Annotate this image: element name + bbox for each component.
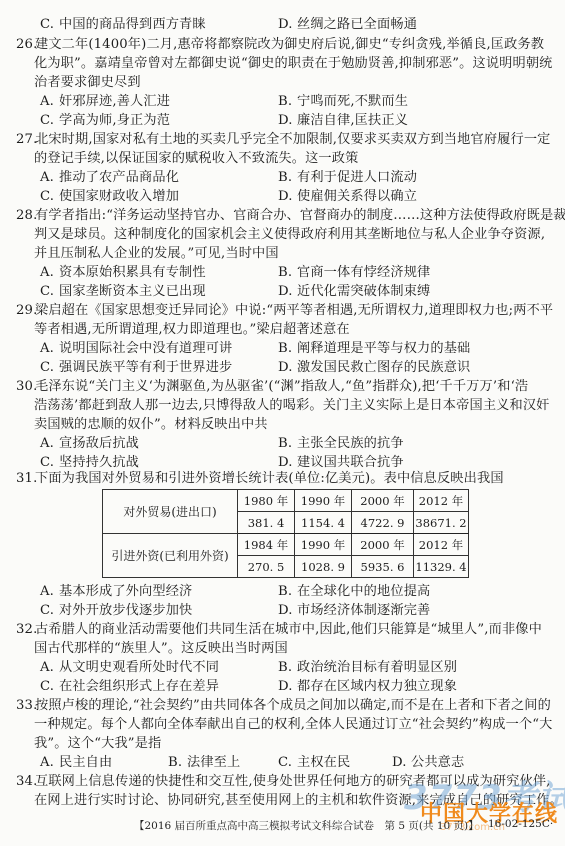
question-number: 27.	[16, 131, 35, 149]
option-text: 政治统治目标有着明显区别	[297, 660, 457, 675]
q29-option-d: D.激发国民救亡图存的民族意识	[278, 359, 470, 377]
table-cell-year: 2012 年	[414, 534, 469, 556]
option-text: 使国家财政收入增加	[59, 189, 179, 204]
q33-option-a: A.民主自由	[40, 754, 112, 772]
option-text: 奸邪屏迹,善人汇进	[59, 94, 170, 109]
table-cell-year: 2012 年	[414, 490, 469, 512]
q32-stem-line-1: 32.古希腊人的商业活动需要他们共同生活在城市中,因此,他们只能算是“城里人”,…	[16, 621, 542, 639]
option-text: 在全球化中的地位提高	[297, 584, 430, 599]
question-number: 33.	[16, 697, 35, 715]
row-header-investment: 引进外资(已利用外资)	[103, 534, 238, 578]
q27-option-a: A.推动了农产品商品化	[40, 169, 179, 187]
option-text: 民主自由	[59, 755, 112, 770]
option-text: 法律至上	[187, 755, 240, 770]
option-label: B.	[278, 264, 297, 282]
q31-option-c: C.对外开放步伐逐步加快	[40, 602, 192, 620]
option-text: 在社会组织形式上存在差异	[59, 679, 219, 694]
q33-stem-line-2: 一种规定。每个人都向全体奉献出自己的权利,全体人民通过订立“社会契约”构成一个“…	[34, 716, 553, 734]
option-text: 使雇佣关系得以确立	[297, 189, 417, 204]
table-cell-value: 38671. 2	[414, 512, 469, 534]
question-number: 29.	[16, 302, 35, 320]
option-text: 国家垄断资本主义已出现	[59, 284, 206, 299]
option-label: D.	[278, 359, 297, 377]
question-number: 31.	[16, 470, 35, 488]
option-text: 宁鸣而死,不默而生	[297, 94, 408, 109]
q28-stem-line-1: 28.有学者指出:“洋务运动坚持官办、官商合办、官督商办的制度……这种方法使得政…	[16, 207, 565, 225]
q33-option-b: B.法律至上	[168, 754, 240, 772]
option-text: 公共意志	[411, 755, 464, 770]
q29-stem-line-1: 29.梁启超在《国家思想变迁异同论》中说:“两平等者相遇,无所谓权力,道理即权力…	[16, 302, 553, 320]
option-label: C.	[40, 16, 59, 34]
question-number: 30.	[16, 378, 35, 396]
trade-investment-table: 对外贸易(进出口) 1980 年 1990 年 2000 年 2012 年 38…	[102, 489, 469, 578]
option-label: A.	[40, 169, 59, 187]
q27-option-c: C.使国家财政收入增加	[40, 188, 179, 206]
option-label: B.	[278, 340, 297, 358]
q31-option-a: A.基本形成了外向型经济	[40, 583, 192, 601]
q30-stem-line-1: 30.毛泽东说“关门主义‘为渊驱鱼,为丛驱雀’(“渊”指敌人,“鱼”指群众),把…	[16, 378, 528, 396]
option-text: 强调民族平等有利于世界进步	[59, 360, 232, 375]
q27-option-b: B.有利于促进人口流动	[278, 169, 417, 187]
option-label: C.	[278, 754, 297, 772]
q28-option-c: C.国家垄断资本主义已出现	[40, 283, 206, 301]
option-text: 主张全民族的抗争	[297, 436, 404, 451]
stem-text: 梁启超在《国家思想变迁异同论》中说:“两平等者相遇,无所谓权力,道理即权力也;两…	[35, 303, 553, 318]
q27-stem-line-2: 的登记手续,以保证国家的赋税收入不致流失。这一政策	[34, 150, 358, 168]
option-label: D.	[278, 188, 297, 206]
option-label: C.	[40, 188, 59, 206]
option-text: 基本形成了外向型经济	[59, 584, 192, 599]
q25-option-c: C.中国的商品得到西方青睐	[40, 16, 206, 34]
question-number: 34.	[16, 773, 35, 791]
q26-option-d: D.廉洁自律,匡扶正义	[278, 112, 408, 130]
option-text: 市场经济体制逐渐完善	[297, 603, 430, 618]
option-label: A.	[40, 340, 59, 358]
option-label: C.	[40, 112, 59, 130]
q26-option-a: A.奸邪屏迹,善人汇进	[40, 93, 170, 111]
q31-option-d: D.市场经济体制逐渐完善	[278, 602, 430, 620]
q27-stem-line-1: 27.北宋时期,国家对私有土地的买卖几乎完全不加限制,仅要求买卖双方到当地官府履…	[16, 131, 551, 149]
stem-text: 古希腊人的商业活动需要他们共同生活在城市中,因此,他们只能算是“城里人”,而非像…	[35, 622, 542, 637]
stem-text: 北宋时期,国家对私有土地的买卖几乎完全不加限制,仅要求买卖双方到当地官府履行一定	[35, 132, 551, 147]
page-footer: 【2016 届百所重点高中高三模拟考试文科综合试卷 第 5 页(共 10 页)】	[134, 818, 479, 833]
option-label: B.	[278, 659, 297, 677]
table-row: 对外贸易(进出口) 1980 年 1990 年 2000 年 2012 年	[103, 490, 469, 512]
q32-option-d: D.都存在区域内权力独立现象	[278, 678, 457, 696]
option-text: 近代化需突破体制束缚	[297, 284, 430, 299]
option-text: 建议国共联合抗争	[297, 455, 404, 470]
table-cell-year: 1990 年	[295, 534, 352, 556]
option-label: B.	[278, 583, 297, 601]
row-header-trade: 对外贸易(进出口)	[103, 490, 238, 534]
option-label: A.	[40, 659, 59, 677]
q26-stem-line-1: 26.建文二年(1400年)二月,惠帝将都察院改为御史府后说,御史“专纠贪残,举…	[16, 36, 544, 54]
table-cell-value: 270. 5	[238, 556, 295, 578]
q32-stem-line-2: 国古代那样的“族里人”。这反映出当时两国	[34, 640, 288, 658]
q28-option-b: B.官商一体有悖经济规律	[278, 264, 430, 282]
table-row: 引进外资(已利用外资) 1984 年 1990 年 2000 年 2012 年	[103, 534, 469, 556]
option-label: D.	[278, 602, 297, 620]
q28-option-a: A.资本原始积累具有专制性	[40, 264, 206, 282]
option-text: 推动了农产品商品化	[59, 170, 179, 185]
stem-text: 建文二年(1400年)二月,惠帝将都察院改为御史府后说,御史“专纠贪残,举循良,…	[35, 37, 544, 52]
exam-code: 16-02-125C·	[488, 818, 553, 830]
question-number: 26.	[16, 36, 35, 54]
option-label: A.	[40, 754, 59, 772]
option-text: 主权在民	[297, 755, 350, 770]
option-text: 坚持持久抗战	[59, 455, 139, 470]
option-text: 官商一体有悖经济规律	[297, 265, 430, 280]
option-label: C.	[40, 602, 59, 620]
option-label: D.	[278, 283, 297, 301]
q31-stem-line-1: 31.下面为我国对外贸易和引进外资增长统计表(单位:亿美元)。表中信息反映出我国	[16, 470, 504, 488]
stem-text: 下面为我国对外贸易和引进外资增长统计表(单位:亿美元)。表中信息反映出我国	[35, 471, 504, 486]
q26-stem-line-3: 治者要求御史尽到	[34, 74, 141, 92]
option-label: A.	[40, 264, 59, 282]
table-cell-value: 1154. 4	[295, 512, 352, 534]
option-label: A.	[40, 583, 59, 601]
question-number: 28.	[16, 207, 35, 225]
table-cell-value: 5935. 6	[352, 556, 414, 578]
option-text: 资本原始积累具有专制性	[59, 265, 206, 280]
question-number: 32.	[16, 621, 35, 639]
option-label: A.	[40, 93, 59, 111]
table-cell-value: 381. 4	[238, 512, 295, 534]
stem-text: 按照卢梭的理论,“社会契约”由共同体各个成员之间加以确定,而不是在上者和下者之间…	[35, 698, 551, 713]
option-label: D.	[278, 16, 297, 34]
table-cell-year: 2000 年	[352, 534, 414, 556]
q28-stem-line-3: 并且压制私人企业的发展。”可见,当时中国	[34, 245, 279, 263]
q26-option-b: B.宁鸣而死,不默而生	[278, 93, 408, 111]
option-text: 阐释道理是平等与权力的基础	[297, 341, 470, 356]
stem-text: 毛泽东说“关门主义‘为渊驱鱼,为丛驱雀’(“渊”指敌人,“鱼”指群众),把‘千千…	[35, 379, 528, 394]
q28-stem-line-2: 判又是球员。这种制度化的国家机会主义使得政府利用其垄断地位与私人企业争夺资源,	[34, 226, 545, 244]
q29-option-a: A.说明国际社会中没有道理可讲	[40, 340, 232, 358]
option-label: C.	[40, 359, 59, 377]
exam-page: C.中国的商品得到西方青睐 D.丝绸之路已全面畅通 26.建文二年(1400年)…	[0, 0, 565, 846]
option-text: 学高为师,身正为范	[59, 113, 170, 128]
option-label: B.	[168, 754, 187, 772]
option-label: A.	[40, 435, 59, 453]
table-cell-year: 1980 年	[238, 490, 295, 512]
table-cell-value: 4722. 9	[352, 512, 414, 534]
option-label: D.	[278, 678, 297, 696]
q30-stem-line-3: 卖国贼的忠顺的奴仆”。材料反映出中共	[34, 416, 268, 434]
q30-stem-line-2: 浩荡荡’都赶到敌人那一边去,只博得敌人的喝彩。关门主义实际上是日本帝国主义和汉奸	[34, 397, 550, 415]
option-text: 都存在区域内权力独立现象	[297, 679, 457, 694]
stem-text: 有学者指出:“洋务运动坚持官办、官商合办、官督商办的制度……这种方法使得政府既是…	[35, 208, 565, 223]
option-text: 廉洁自律,匡扶正义	[297, 113, 408, 128]
q32-option-b: B.政治统治目标有着明显区别	[278, 659, 457, 677]
q27-option-d: D.使雇佣关系得以确立	[278, 188, 417, 206]
table-cell-year: 1990 年	[295, 490, 352, 512]
q25-option-d: D.丝绸之路已全面畅通	[278, 16, 417, 34]
option-text: 有利于促进人口流动	[297, 170, 417, 185]
q28-option-d: D.近代化需突破体制束缚	[278, 283, 430, 301]
option-text: 丝绸之路已全面畅通	[297, 17, 417, 32]
option-label: B.	[278, 93, 297, 111]
q33-option-c: C.主权在民	[278, 754, 350, 772]
option-label: D.	[278, 112, 297, 130]
q29-stem-line-2: 等者相遇,无所谓道理,权力即道理也。”梁启超著述意在	[34, 321, 350, 339]
q32-option-a: A.从文明史观看所处时代不同	[40, 659, 219, 677]
q32-option-c: C.在社会组织形式上存在差异	[40, 678, 219, 696]
option-text: 激发国民救亡图存的民族意识	[297, 360, 470, 375]
table-cell-year: 1984 年	[238, 534, 295, 556]
option-label: C.	[40, 678, 59, 696]
option-label: C.	[40, 283, 59, 301]
option-label: B.	[278, 435, 297, 453]
q26-option-c: C.学高为师,身正为范	[40, 112, 170, 130]
table-cell-value: 1028. 9	[295, 556, 352, 578]
option-text: 对外开放步伐逐步加快	[59, 603, 192, 618]
option-label: B.	[278, 169, 297, 187]
q30-option-b: B.主张全民族的抗争	[278, 435, 404, 453]
q30-option-a: A.宣扬敌后抗战	[40, 435, 139, 453]
q29-option-b: B.阐释道理是平等与权力的基础	[278, 340, 470, 358]
q33-stem-line-1: 33.按照卢梭的理论,“社会契约”由共同体各个成员之间加以确定,而不是在上者和下…	[16, 697, 551, 715]
q29-option-c: C.强调民族平等有利于世界进步	[40, 359, 232, 377]
table-cell-value: 11329. 4	[414, 556, 469, 578]
option-text: 从文明史观看所处时代不同	[59, 660, 219, 675]
table-cell-year: 2000 年	[352, 490, 414, 512]
q31-option-b: B.在全球化中的地位提高	[278, 583, 430, 601]
option-text: 中国的商品得到西方青睐	[59, 17, 206, 32]
option-text: 宣扬敌后抗战	[59, 436, 139, 451]
q33-stem-line-3: 我”。这个“大我”是指	[34, 735, 161, 753]
q26-stem-line-2: 化为职”。嘉靖皇帝曾对左都御史说“御史的职责在于勉励贤善,抑制邪恶”。这说明明朝…	[34, 55, 553, 73]
option-text: 说明国际社会中没有道理可讲	[59, 341, 232, 356]
